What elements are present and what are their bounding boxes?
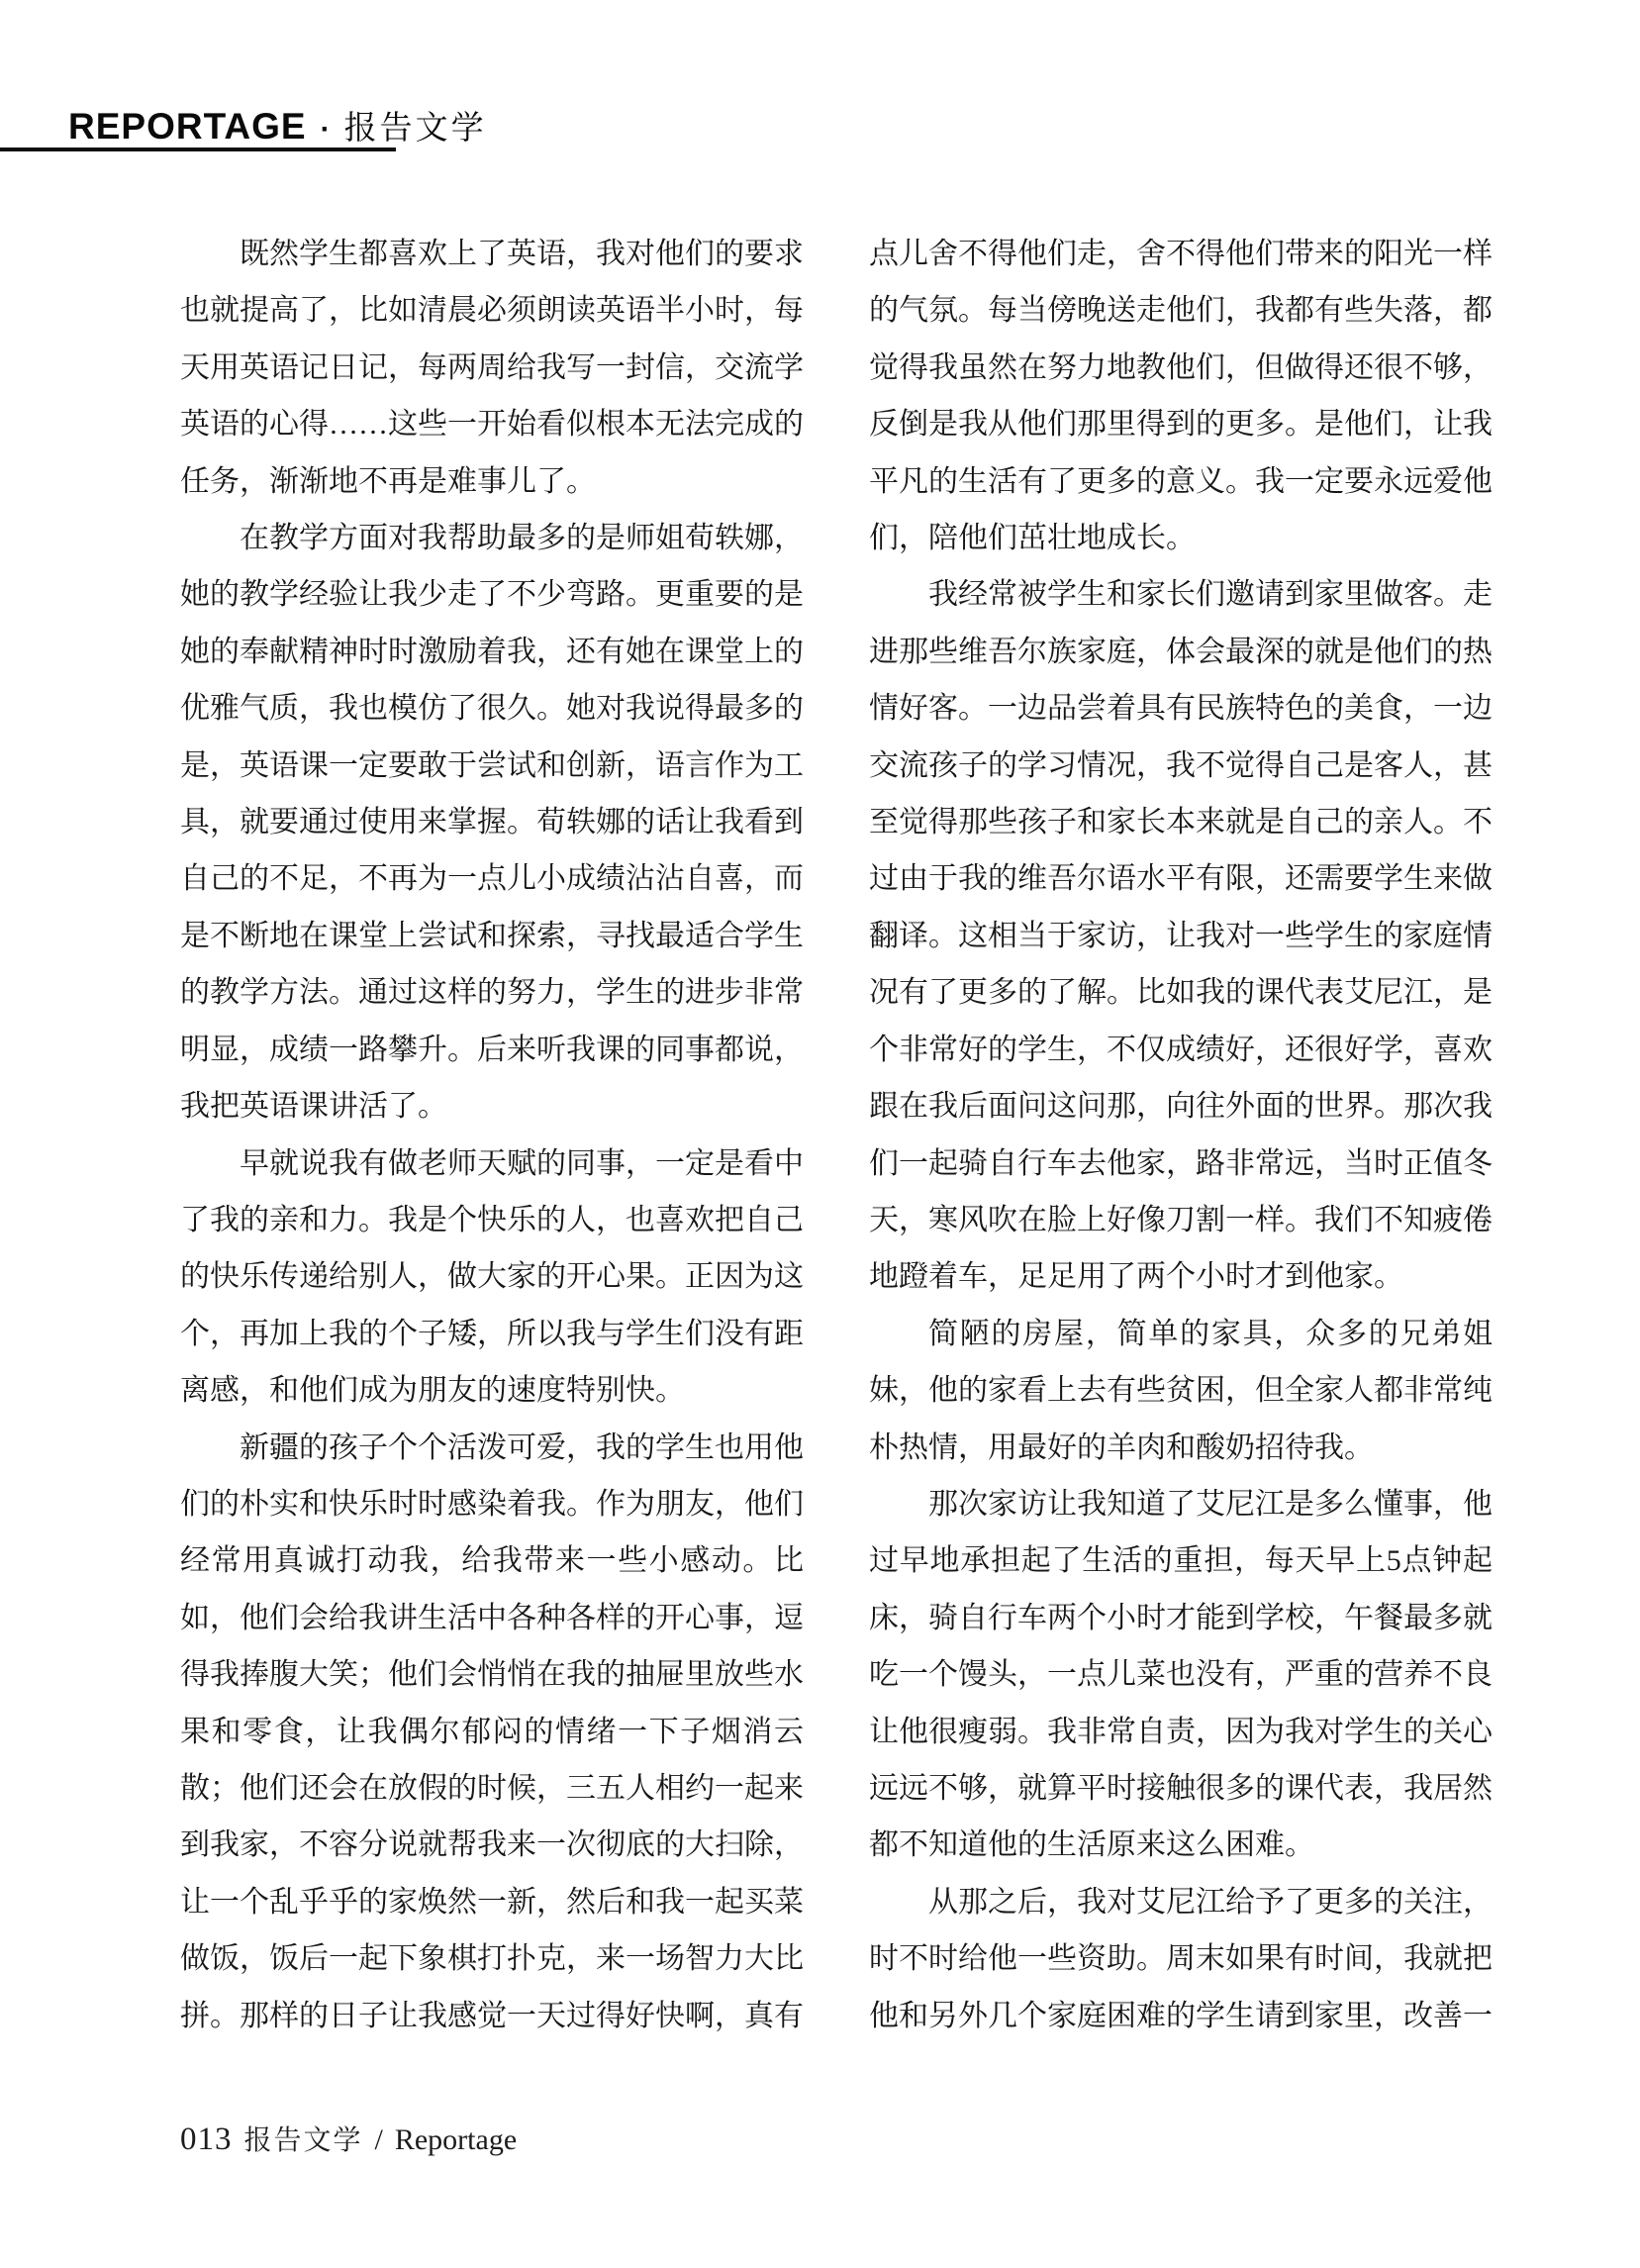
page-number: 013: [180, 2121, 233, 2158]
paragraph: 我经常被学生和家长们邀请到家里做客。走进那些维吾尔族家庭，体会最深的就是他们的热…: [869, 566, 1493, 1305]
paragraph: 点儿舍不得他们走，舍不得他们带来的阳光一样的气氛。每当傍晚送走他们，我都有些失落…: [869, 226, 1493, 566]
page-footer: 013 报告文学 / Reportage: [180, 2119, 517, 2158]
section-title-zh: 报告文学: [344, 102, 487, 148]
footer-section-en: Reportage: [395, 2123, 517, 2157]
footer-separator: /: [375, 2123, 383, 2157]
text-column-left: 既然学生都喜欢上了英语，我对他们的要求也就提高了，比如清晨必须朗读英语半小时，每…: [180, 226, 804, 2044]
paragraph: 早就说我有做老师天赋的同事，一定是看中了我的亲和力。我是个快乐的人，也喜欢把自己…: [180, 1135, 804, 1420]
text-column-right: 点儿舍不得他们走，舍不得他们带来的阳光一样的气氛。每当傍晚送走他们，我都有些失落…: [869, 226, 1493, 2044]
paragraph: 新疆的孩子个个活泼可爱，我的学生也用他们的朴实和快乐时时感染着我。作为朋友，他们…: [180, 1420, 804, 2044]
paragraph: 既然学生都喜欢上了英语，我对他们的要求也就提高了，比如清晨必须朗读英语半小时，每…: [180, 226, 804, 510]
magazine-page: REPORTAGE · 报告文学 既然学生都喜欢上了英语，我对他们的要求也就提高…: [0, 0, 1640, 2268]
section-header: REPORTAGE · 报告文学: [68, 102, 487, 148]
paragraph: 从那之后，我对艾尼江给予了更多的关注，时不时给他一些资助。周末如果有时间，我就把…: [869, 1874, 1493, 2044]
paragraph: 那次家访让我知道了艾尼江是多么懂事，他过早地承担起了生活的重担，每天早上5点钟起…: [869, 1476, 1493, 1874]
paragraph: 在教学方面对我帮助最多的是师姐荀轶娜，她的教学经验让我少走了不少弯路。更重要的是…: [180, 510, 804, 1134]
article-body: 既然学生都喜欢上了英语，我对他们的要求也就提高了，比如清晨必须朗读英语半小时，每…: [180, 226, 1493, 2044]
paragraph: 简陋的房屋，简单的家具，众多的兄弟姐妹，他的家看上去有些贫困，但全家人都非常纯朴…: [869, 1306, 1493, 1476]
section-title-en: REPORTAGE: [68, 106, 307, 148]
footer-section-zh: 报告文学: [244, 2119, 363, 2158]
header-rule: [0, 148, 396, 151]
section-title-separator: ·: [321, 113, 331, 147]
